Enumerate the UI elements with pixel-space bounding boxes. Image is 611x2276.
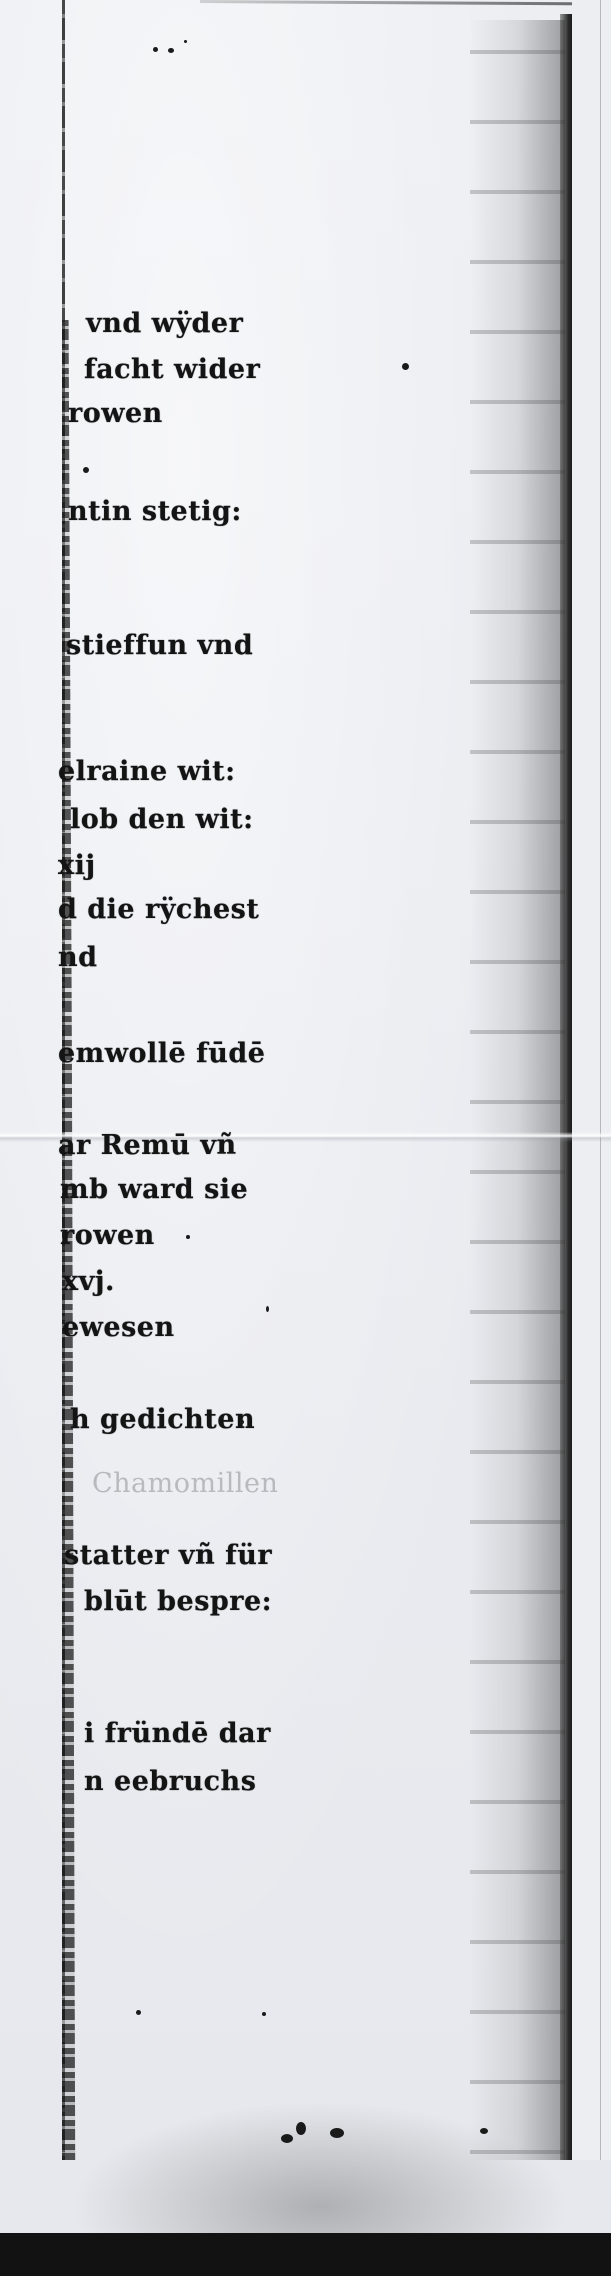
dust-speck — [480, 2128, 488, 2134]
text-line: stieffun vnd — [66, 632, 253, 659]
text-line: vnd wÿder — [86, 310, 243, 337]
text-line: xvj. — [62, 1268, 115, 1295]
text-line: n eebruchs — [84, 1768, 256, 1795]
dust-speck — [153, 47, 158, 52]
bleed-through-text: Chamomillen — [92, 1470, 278, 1497]
dust-speck — [136, 2010, 141, 2015]
ink-blot — [296, 2122, 306, 2135]
text-line: facht wider — [84, 356, 260, 383]
dust-speck — [402, 363, 409, 370]
text-line: ar Remū vñ — [58, 1132, 237, 1159]
ink-blot — [330, 2128, 344, 2138]
text-line: xij — [58, 852, 96, 879]
text-line: mb ward sie — [60, 1176, 248, 1203]
dust-speck — [262, 2012, 266, 2016]
text-line: nd — [58, 944, 98, 971]
text-line: lob den wit: — [70, 806, 254, 833]
text-line: h gedichten — [70, 1406, 255, 1433]
text-line: elraine wit: — [58, 758, 236, 785]
text-line: emwollē fūdē — [58, 1040, 265, 1067]
ink-blot — [281, 2134, 293, 2143]
text-line: statter vñ für — [64, 1542, 272, 1569]
right-page-edge — [560, 14, 572, 2160]
dust-speck — [168, 48, 174, 53]
text-line: blūt bespre: — [84, 1588, 272, 1615]
bottom-smudge — [70, 2100, 570, 2233]
scan-bottom-bar — [0, 2233, 611, 2276]
scanned-page: vnd wÿder facht wider rowen ntin stetig:… — [0, 0, 611, 2276]
text-line: rowen — [60, 1222, 155, 1249]
right-margin — [572, 0, 611, 2160]
dust-speck — [240, 1420, 244, 1424]
text-line: rowen — [68, 400, 163, 427]
dust-speck — [184, 40, 187, 43]
text-line: i fründē dar — [84, 1720, 271, 1747]
right-edge-smudge — [470, 20, 565, 2160]
dust-speck — [186, 1235, 190, 1239]
dust-speck — [266, 1306, 269, 1312]
right-margin-line — [600, 0, 601, 2160]
text-line: ewesen — [62, 1314, 175, 1341]
dust-speck — [83, 467, 89, 473]
text-line: ntin stetig: — [68, 498, 242, 525]
top-border-rule — [200, 0, 611, 6]
text-line: d die rÿchest — [58, 896, 259, 923]
